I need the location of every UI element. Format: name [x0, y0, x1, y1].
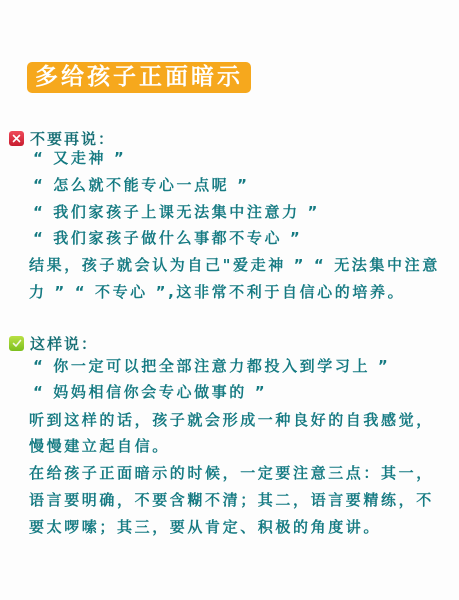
paragraph-line: 力 ” “ 不专心 ”,这非常不利于自信心的培养。 [29, 281, 405, 303]
section-header-label: 这样说： [30, 333, 98, 354]
paragraph-line: 结果，孩子就会认为自己"爱走神 ” “ 无法集中注意 [29, 254, 440, 276]
quote-line: “ 我们家孩子上课无法集中注意力 ” [33, 201, 320, 223]
title-badge: 多给孩子正面暗示 [27, 62, 251, 93]
red-x-icon [9, 131, 24, 146]
quote-line: “ 妈妈相信你会专心做事的 ” [33, 381, 267, 403]
section-header-say-this: 这样说： [9, 333, 98, 353]
quote-line: “ 又走神 ” [33, 147, 126, 169]
paragraph-line: 要太啰嗦；其三，要从肯定、积极的角度讲。 [29, 516, 381, 538]
section-header-label: 不要再说： [30, 128, 115, 149]
green-check-icon [9, 336, 24, 351]
section-header-dont-say: 不要再说： [9, 128, 115, 148]
quote-line: “ 我们家孩子做什么事都不专心 ” [33, 227, 302, 249]
quote-line: “ 你一定可以把全部注意力都投入到学习上 ” [33, 355, 390, 377]
paragraph-line: 在给孩子正面暗示的时候，一定要注意三点：其一， [29, 462, 434, 484]
quote-line: “ 怎么就不能专心一点呢 ” [33, 174, 250, 196]
paragraph-line: 听到这样的话，孩子就会形成一种良好的自我感觉， [29, 409, 434, 431]
paragraph-line: 慢慢建立起自信。 [29, 435, 170, 457]
paragraph-line: 语言要明确，不要含糊不清；其二，语言要精练，不 [29, 489, 434, 511]
